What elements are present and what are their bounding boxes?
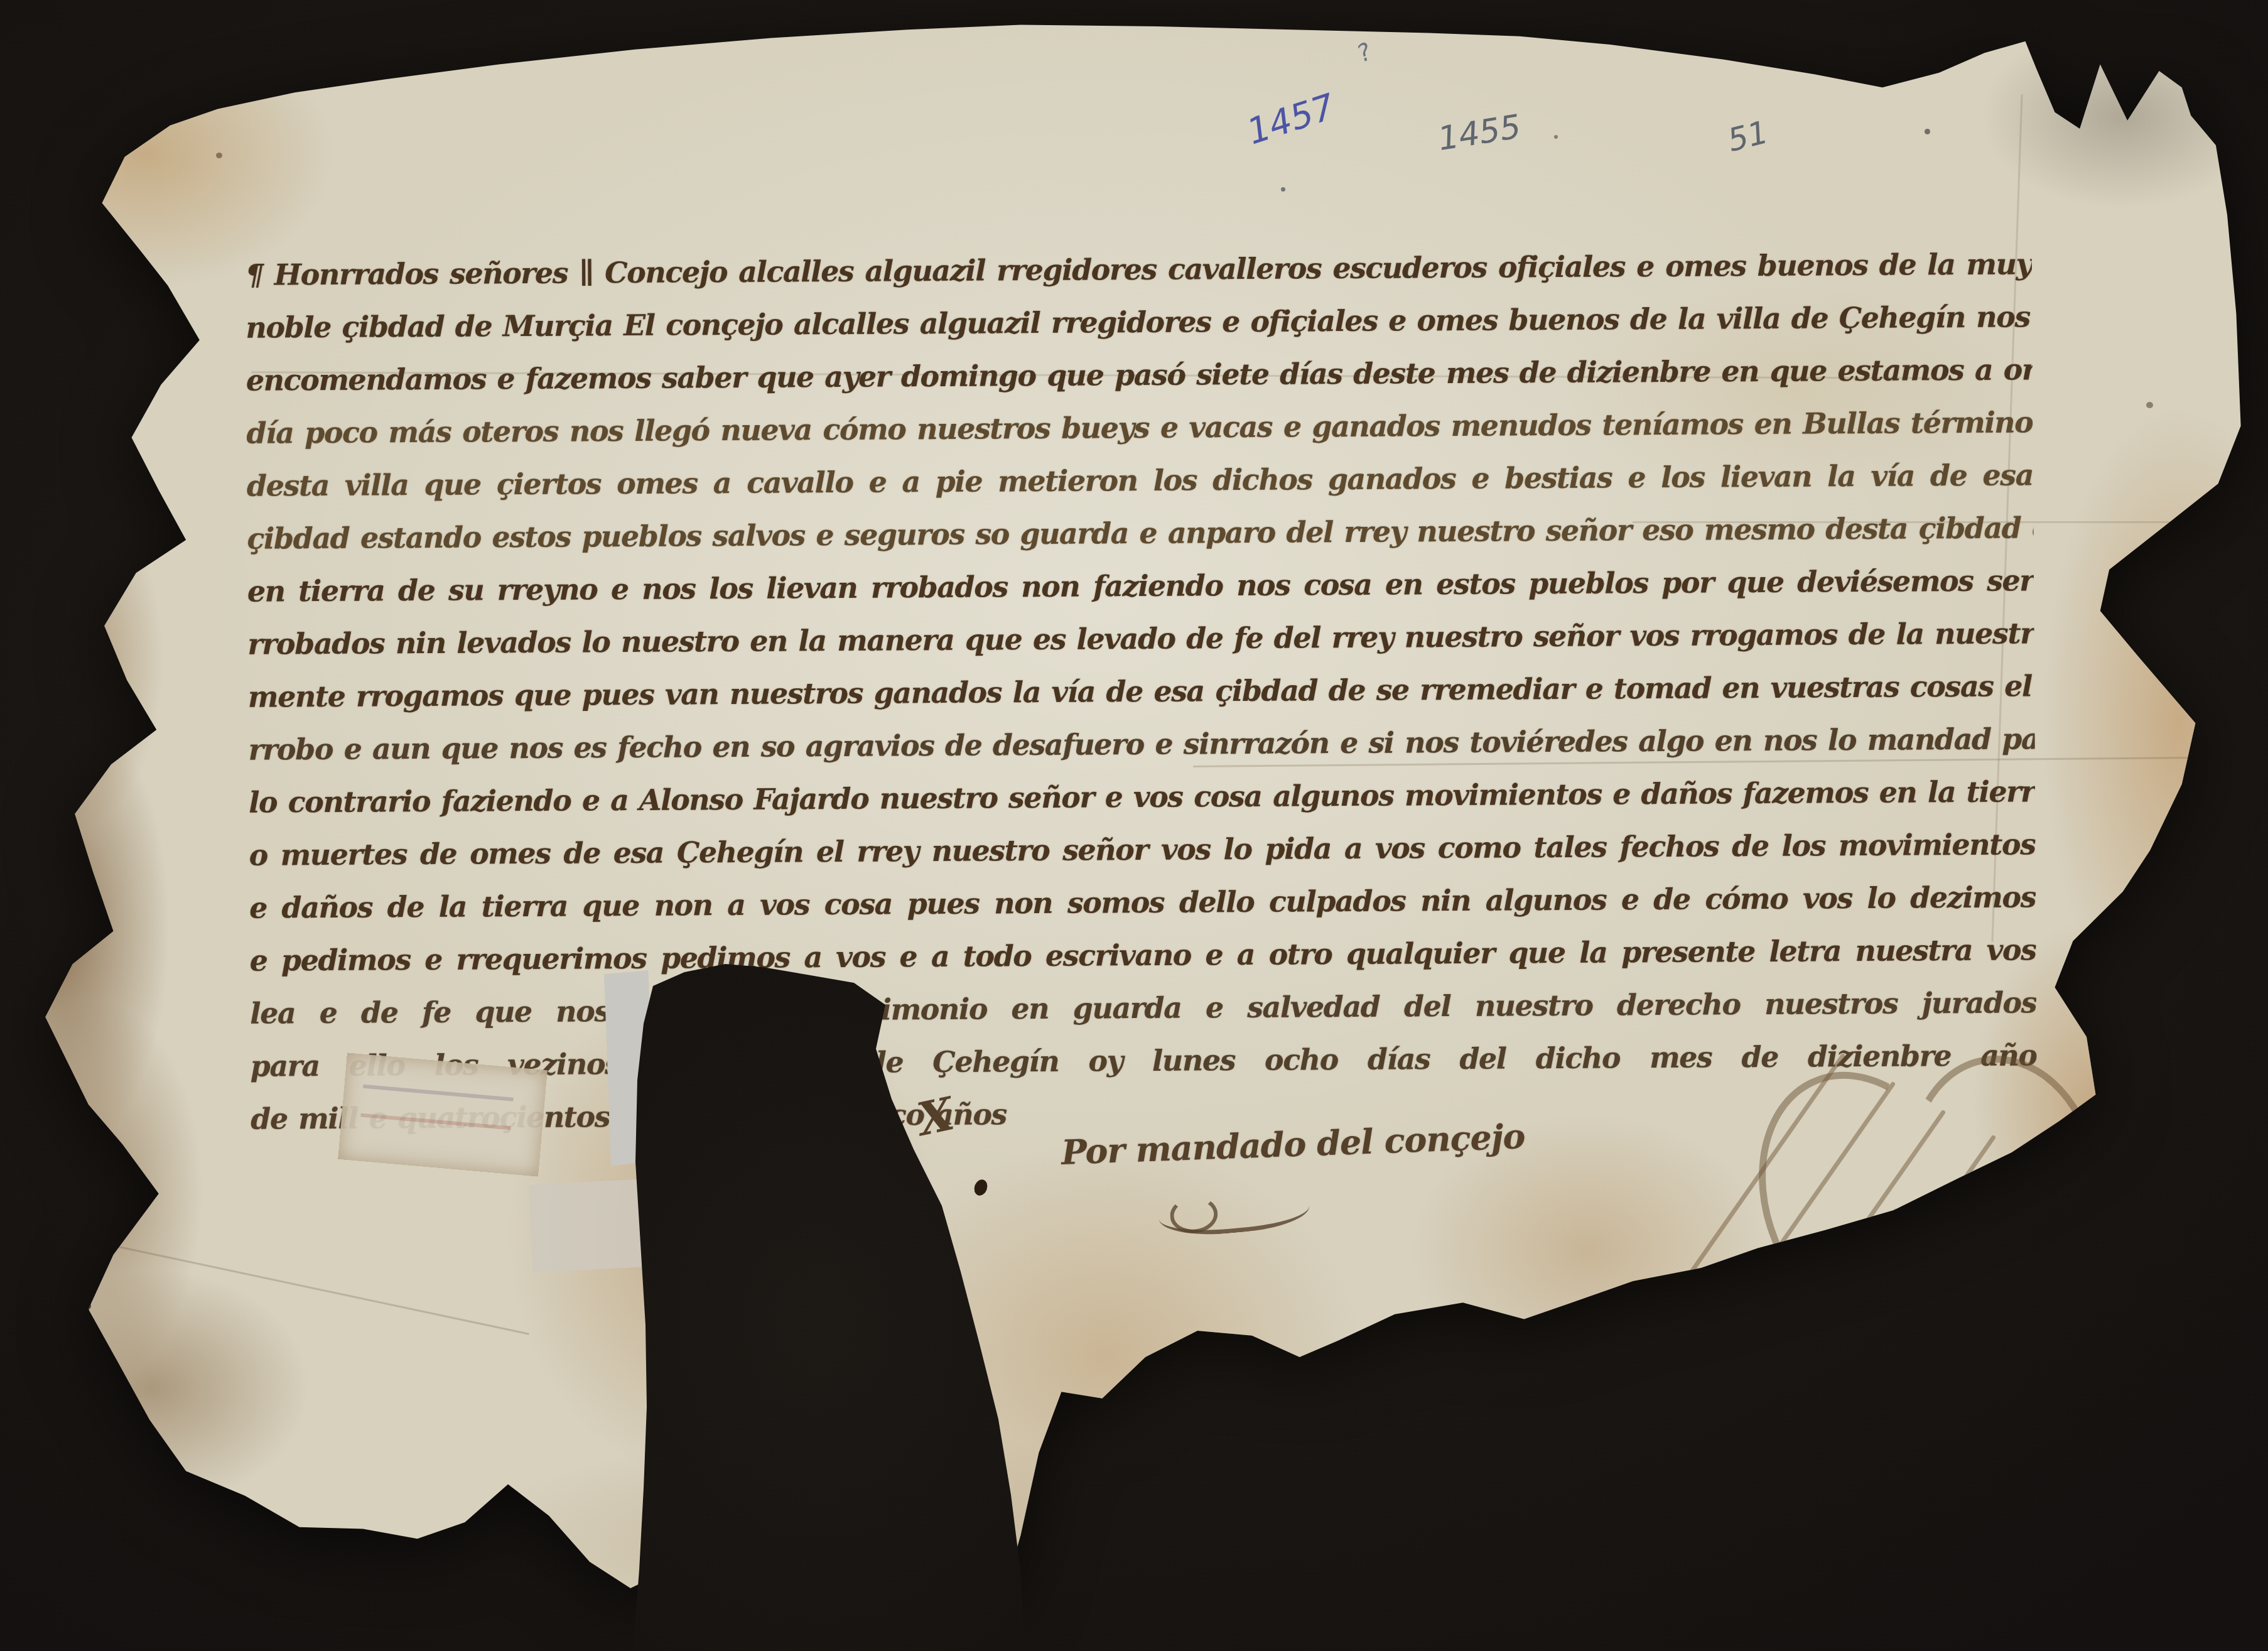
rubric-loop-icon [1889,1041,2118,1310]
pencil-folio-number: 51 [1724,114,1772,159]
manuscript-photograph: { "page": { "background_color": "#1b1713… [0,0,2268,1651]
ink-speck [216,153,222,158]
pencil-dot [1281,187,1285,192]
question-mark: ? [1353,38,1376,68]
pen-hatch-stroke [1593,1208,1899,1547]
pencil-year-guess: 1457 [1242,87,1340,153]
scribe-rubric-flourish-icon [1157,1182,1310,1240]
archive-label-fragment [528,1179,645,1272]
ink-speck [80,1301,91,1311]
pen-flourish-scribbles: dguij [1432,1049,2242,1501]
manuscript-text-block: ¶ Honrrados señores ∥ Concejo alcalles a… [246,237,2038,1145]
parchment-surface: 1457 ? 1455 51 ¶ Honrrados señores ∥ Con… [0,0,2268,1651]
pencil-dot [1554,135,1558,139]
pencil-year: 1455 [1435,108,1523,158]
ink-speck [1925,129,1930,134]
ink-blot [972,1177,990,1197]
parchment-sheet: 1457 ? 1455 51 ¶ Honrrados señores ∥ Con… [0,0,2268,1651]
crease-line [99,1242,529,1334]
pencil-year-annotation: 1457 ? [1242,87,1340,153]
ink-speck [2146,402,2153,408]
pen-tail-curve [1452,1328,2039,1510]
archive-label-fragment [338,1053,548,1176]
rubric-glyphs: dguij [2079,1069,2200,1132]
pen-hatch-stroke [1583,1053,1846,1426]
